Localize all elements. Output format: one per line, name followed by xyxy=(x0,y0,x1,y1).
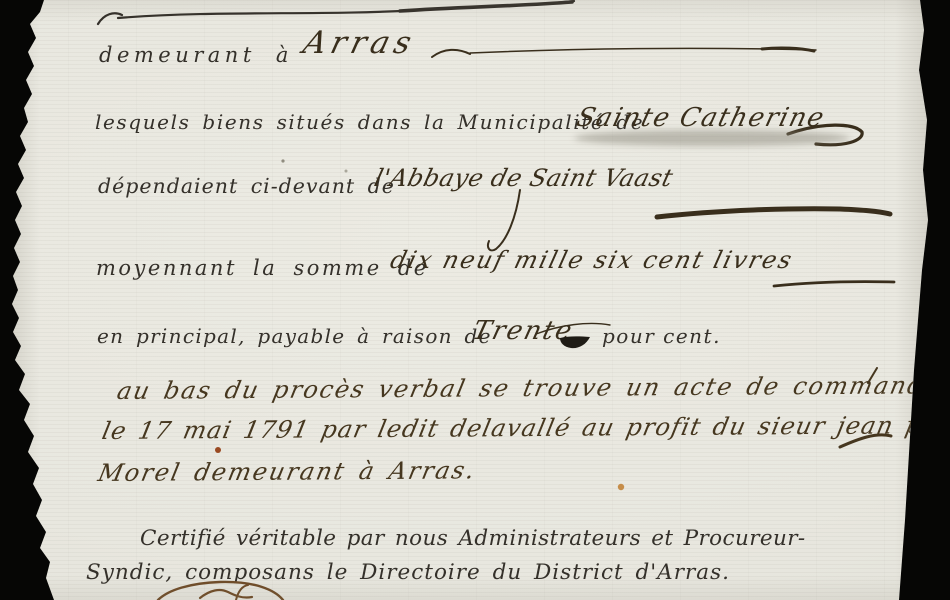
handwritten-trente: Trente xyxy=(470,318,576,344)
printed-moyennant: moyennant la somme de xyxy=(96,258,429,279)
handwritten-sainte-catherine: Sainte Catherine xyxy=(574,105,828,131)
handwritten-abbaye-saint-vaast: l'Abbaye de Saint Vaast xyxy=(372,166,676,190)
foxing-spot xyxy=(618,484,624,490)
abbaye-descender xyxy=(488,190,520,250)
printed-en-principal: en principal, payable à raison de xyxy=(97,326,492,346)
line1-tilde-flourish xyxy=(432,50,470,57)
line1-filler-line xyxy=(470,48,816,53)
line4-filler xyxy=(774,282,894,286)
certification-line-2: Syndic, composans le Directoire du Distr… xyxy=(86,562,730,584)
printed-demeurant: demeurant à xyxy=(99,45,293,66)
certification-line-1: Certifié véritable par nous Administrate… xyxy=(140,528,806,550)
ink-flourishes-overlay xyxy=(0,0,950,600)
signature-ascender xyxy=(236,585,248,600)
ink-speck xyxy=(345,170,348,173)
printed-pour-cent: pour cent. xyxy=(602,326,721,346)
photo-backdrop: demeurant à lesquels biens situés dans l… xyxy=(0,0,950,600)
line1-filler-blob xyxy=(762,48,814,51)
signature-scribble xyxy=(200,590,252,598)
foxing-spot xyxy=(215,447,221,453)
handwritten-arras: Arras xyxy=(300,28,419,59)
printed-dependaient: dépendaient ci-devant de xyxy=(98,176,395,197)
line3-thick-filler xyxy=(657,209,890,217)
top-filler-line xyxy=(98,1,574,24)
handwritten-somme: dix neuf mille six cent livres xyxy=(388,248,796,272)
top-filler-line-thick xyxy=(400,2,572,11)
annotation-line-1: au bas du procès verbal se trouve un act… xyxy=(115,373,950,403)
document-paper: demeurant à lesquels biens situés dans l… xyxy=(0,0,950,600)
printed-lesquels-biens: lesquels biens situés dans la Municipali… xyxy=(95,112,644,132)
ink-speck xyxy=(281,159,284,162)
annotation-line-2: le 17 mai 1791 par ledit delavallé au pr… xyxy=(100,413,950,443)
annotation-line-3: Morel demeurant à Arras. xyxy=(96,458,478,485)
